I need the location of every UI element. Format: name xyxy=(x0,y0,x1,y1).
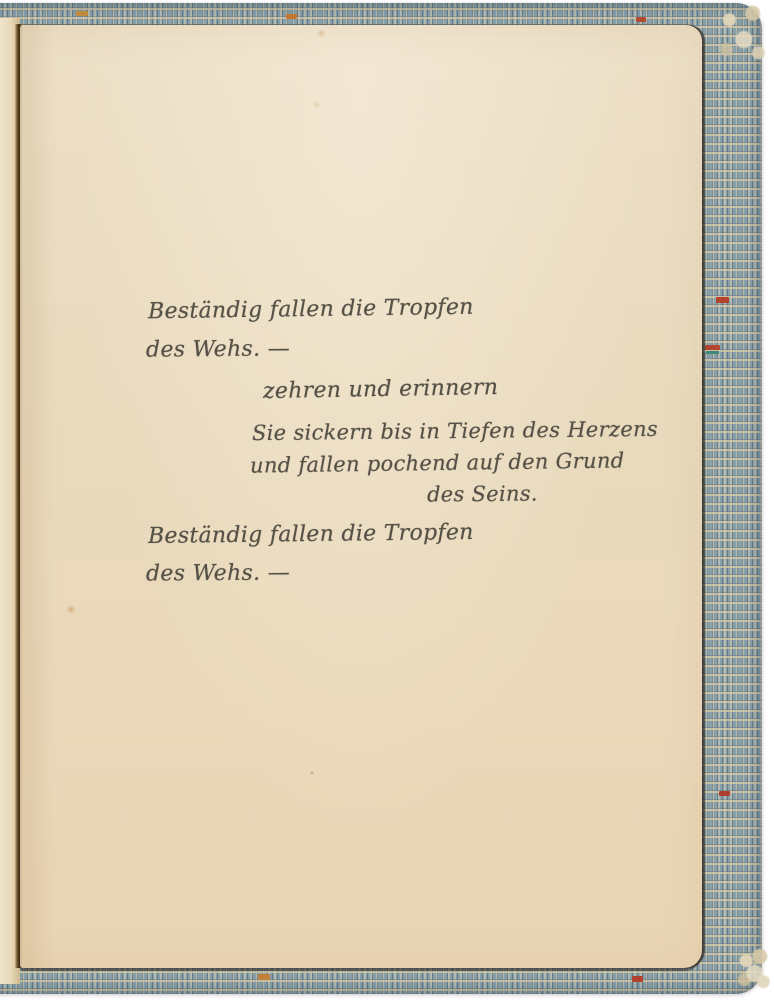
binding-thread-accent xyxy=(636,17,646,22)
frayed-corner-top-right xyxy=(712,0,770,66)
binding-thread-accent xyxy=(705,345,720,350)
binding-thread-accent xyxy=(632,976,643,982)
handwritten-poem: Beständig fallen die Tropfen des Wehs. —… xyxy=(20,25,702,968)
frayed-corner-bottom-right xyxy=(736,948,770,990)
binding-thread-accent xyxy=(716,297,729,303)
poem-line: des Wehs. — xyxy=(146,560,290,586)
poem-line: zehren und erinnern xyxy=(263,375,499,404)
binding-thread-accent xyxy=(258,974,270,980)
binding-thread-accent xyxy=(286,14,297,19)
binding-thread-accent xyxy=(76,11,88,16)
binding-thread-accent xyxy=(719,791,730,796)
notebook-photo: Beständig fallen die Tropfen des Wehs. —… xyxy=(0,0,774,1000)
poem-line: und fallen pochend auf den Grund xyxy=(250,448,625,477)
poem-line: des Wehs. — xyxy=(146,336,290,362)
poem-line: des Seins. xyxy=(427,482,538,507)
poem-line: Beständig fallen die Tropfen xyxy=(148,295,474,325)
notebook-page: Beständig fallen die Tropfen des Wehs. —… xyxy=(20,25,702,968)
poem-line: Beständig fallen die Tropfen xyxy=(148,520,474,549)
poem-line: Sie sickern bis in Tiefen des Herzens xyxy=(252,417,658,445)
